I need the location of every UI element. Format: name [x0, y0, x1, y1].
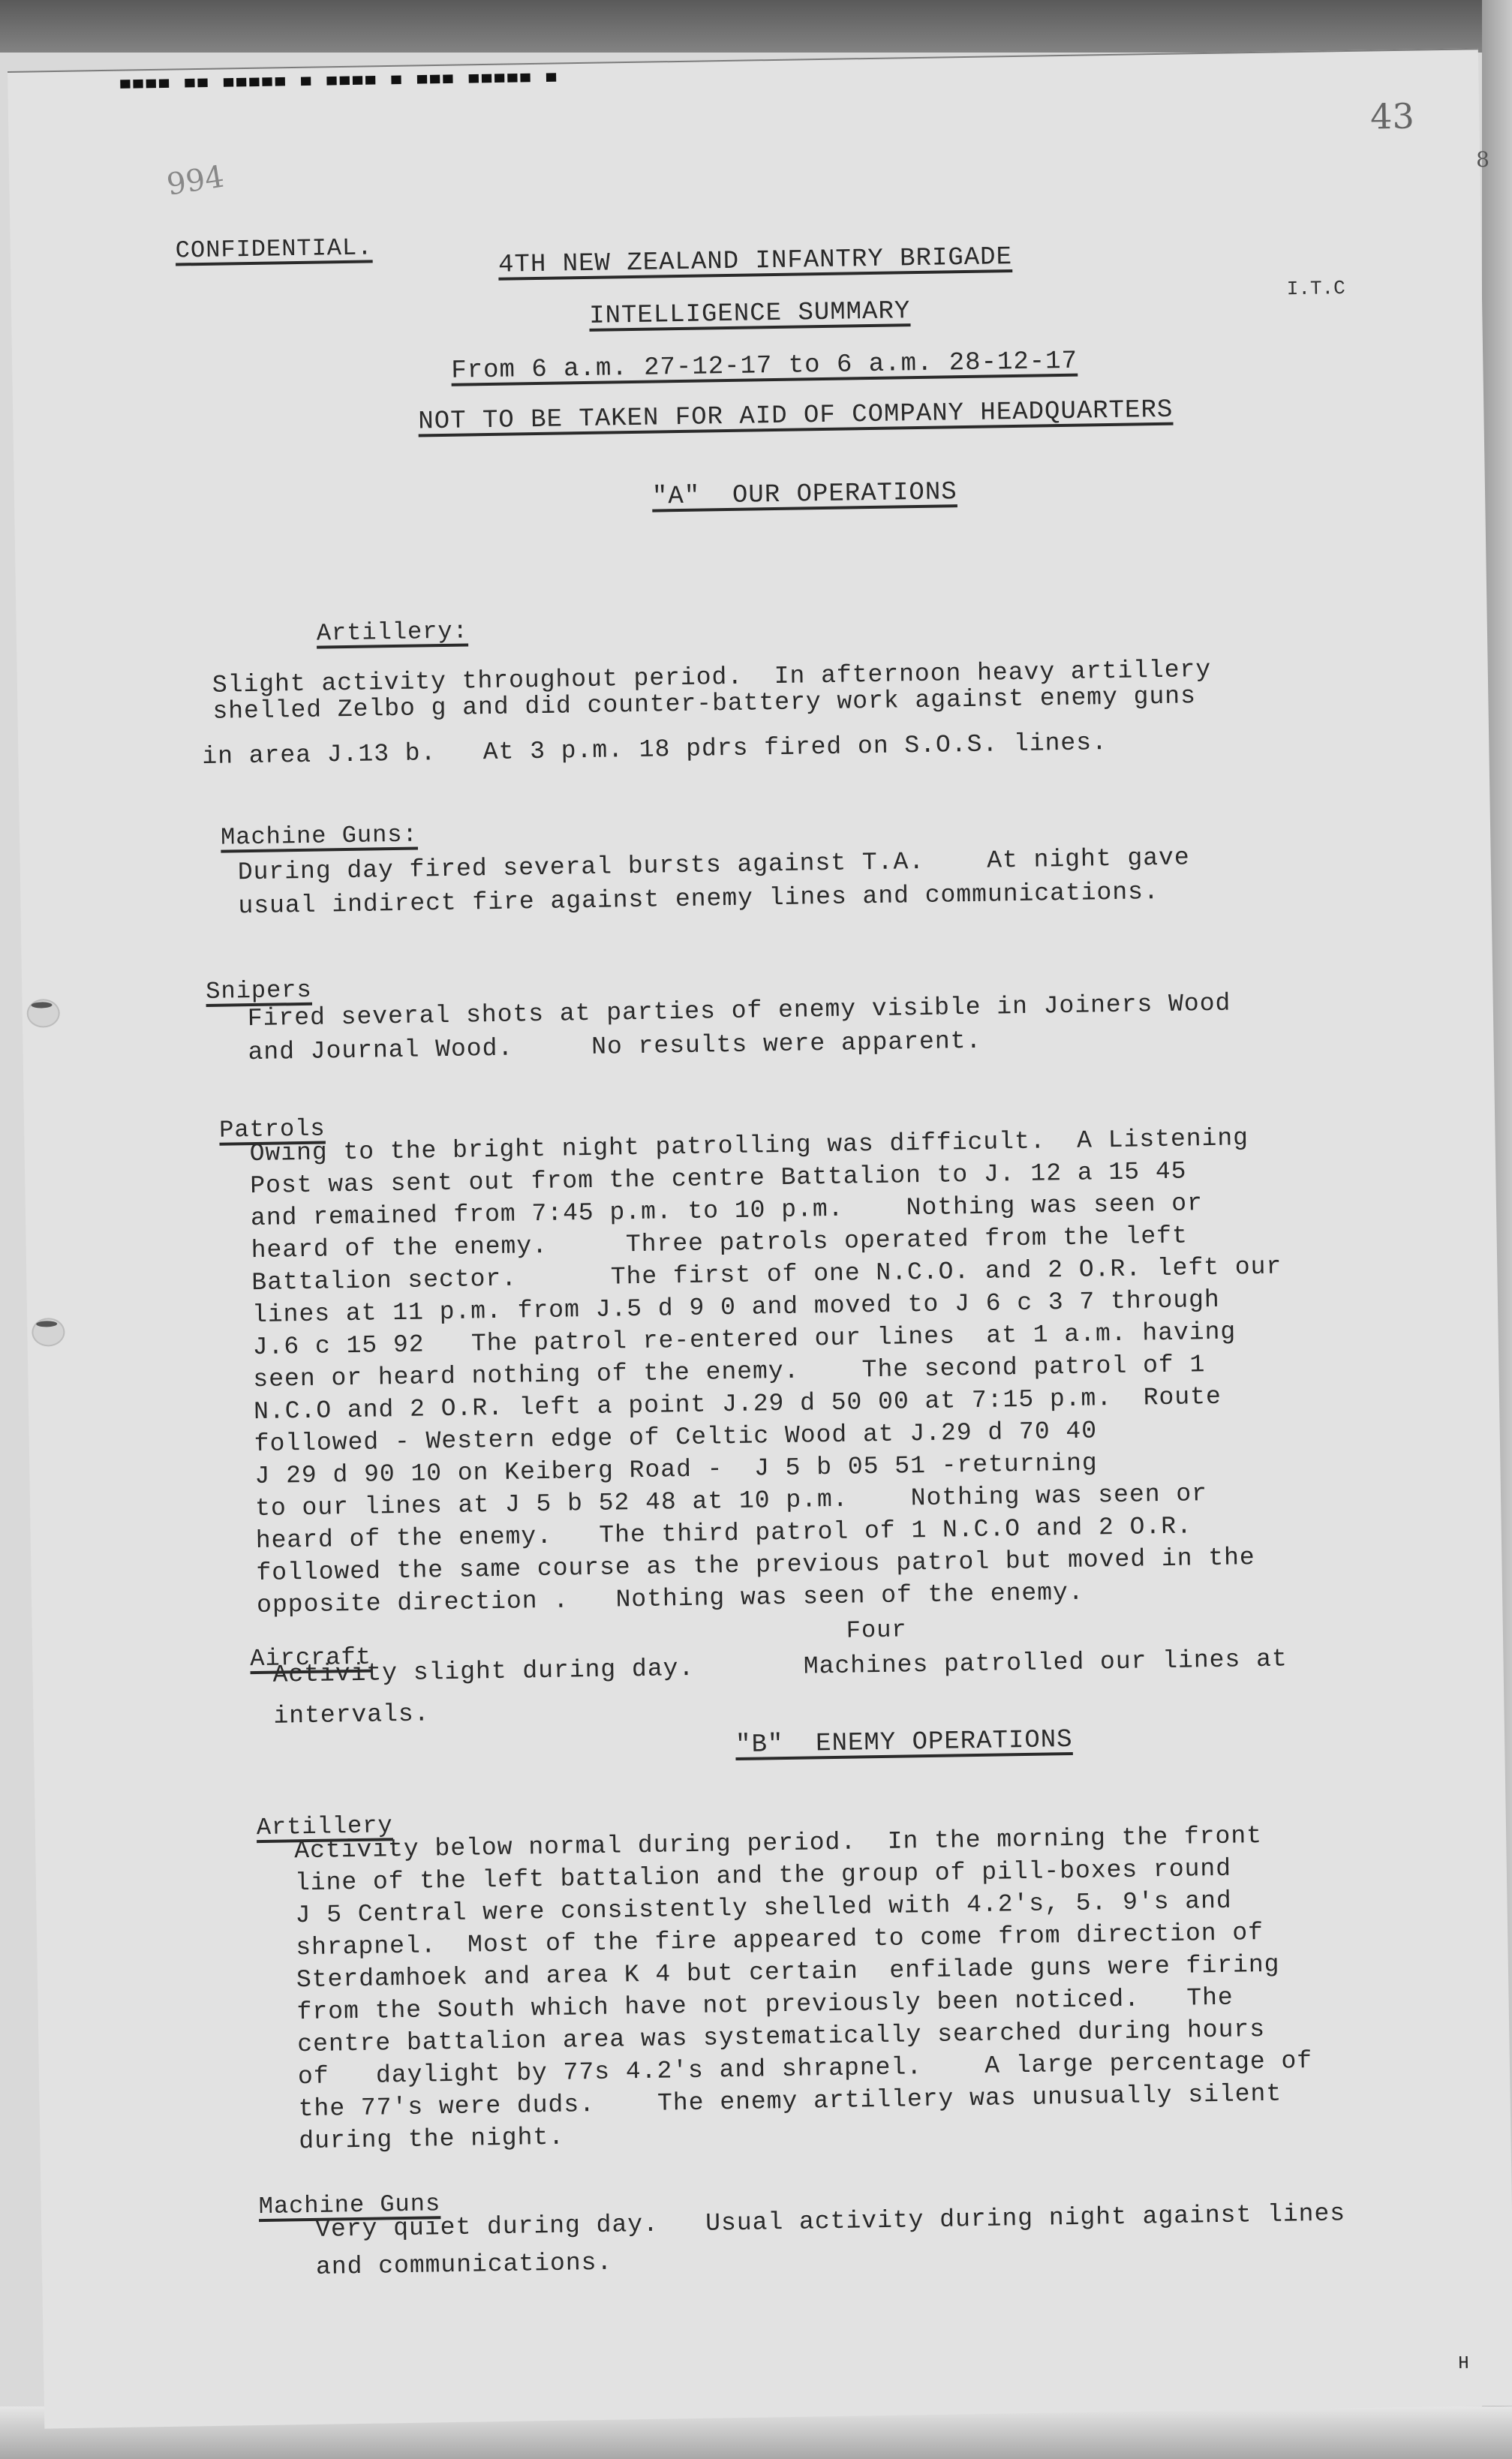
notice-line: NOT TO BE TAKEN FOR AID OF COMPANY HEADQ… [418, 396, 1173, 437]
section-a-heading: "A" OUR OPERATIONS [652, 478, 957, 511]
text-line: Very quiet during day. Usual activity du… [315, 2198, 1346, 2246]
margin-mark-right: 8 [1476, 147, 1489, 172]
period-range: From 6 a.m. 27-12-17 to 6 a.m. 28-12-17 [451, 347, 1078, 386]
unit-title: 4TH NEW ZEALAND INFANTRY BRIGADE [498, 243, 1012, 280]
punch-hole-upper [26, 999, 60, 1028]
bottom-mark: H [1458, 2354, 1469, 2374]
text-line: Fired several shots at parties of enemy … [248, 988, 1231, 1036]
document-page: ▀▀▀▀ ▀▀ ▀▀▀▀▀ ▀ ▀▀▀▀ ▀ ▀▀▀ ▀▀▀▀▀ ▀ 43 99… [8, 48, 1512, 2428]
side-mark: I.T.C [1287, 277, 1345, 300]
section-a-artillery-label: Artillery: [317, 617, 469, 647]
punch-hole-lower [32, 1318, 65, 1347]
archive-number: 994 [164, 159, 227, 202]
text-line: Activity slight during day. Machines pat… [272, 1643, 1288, 1691]
classification-label: CONFIDENTIAL. [175, 233, 372, 264]
summary-title: INTELLIGENCE SUMMARY [589, 297, 911, 331]
section-a-machine-guns-label: Machine Guns: [221, 821, 418, 852]
text-line: and communications. [316, 2247, 613, 2283]
section-b-heading: "B" ENEMY OPERATIONS [735, 1726, 1073, 1760]
text-line: in area J.13 b. At 3 p.m. 18 pdrs fired … [202, 727, 1108, 773]
text-line: intervals. [273, 1698, 430, 1732]
strikethrough-marks-top: ▀▀▀▀ ▀▀ ▀▀▀▀▀ ▀ ▀▀▀▀ ▀ ▀▀▀ ▀▀▀▀▀ ▀ [120, 73, 559, 98]
text-line: during the night. [299, 2122, 564, 2158]
section-a-snipers-label: Snipers [206, 976, 312, 1006]
interlinear-insert: Four [846, 1616, 906, 1644]
folio-number: 43 [1370, 96, 1414, 137]
